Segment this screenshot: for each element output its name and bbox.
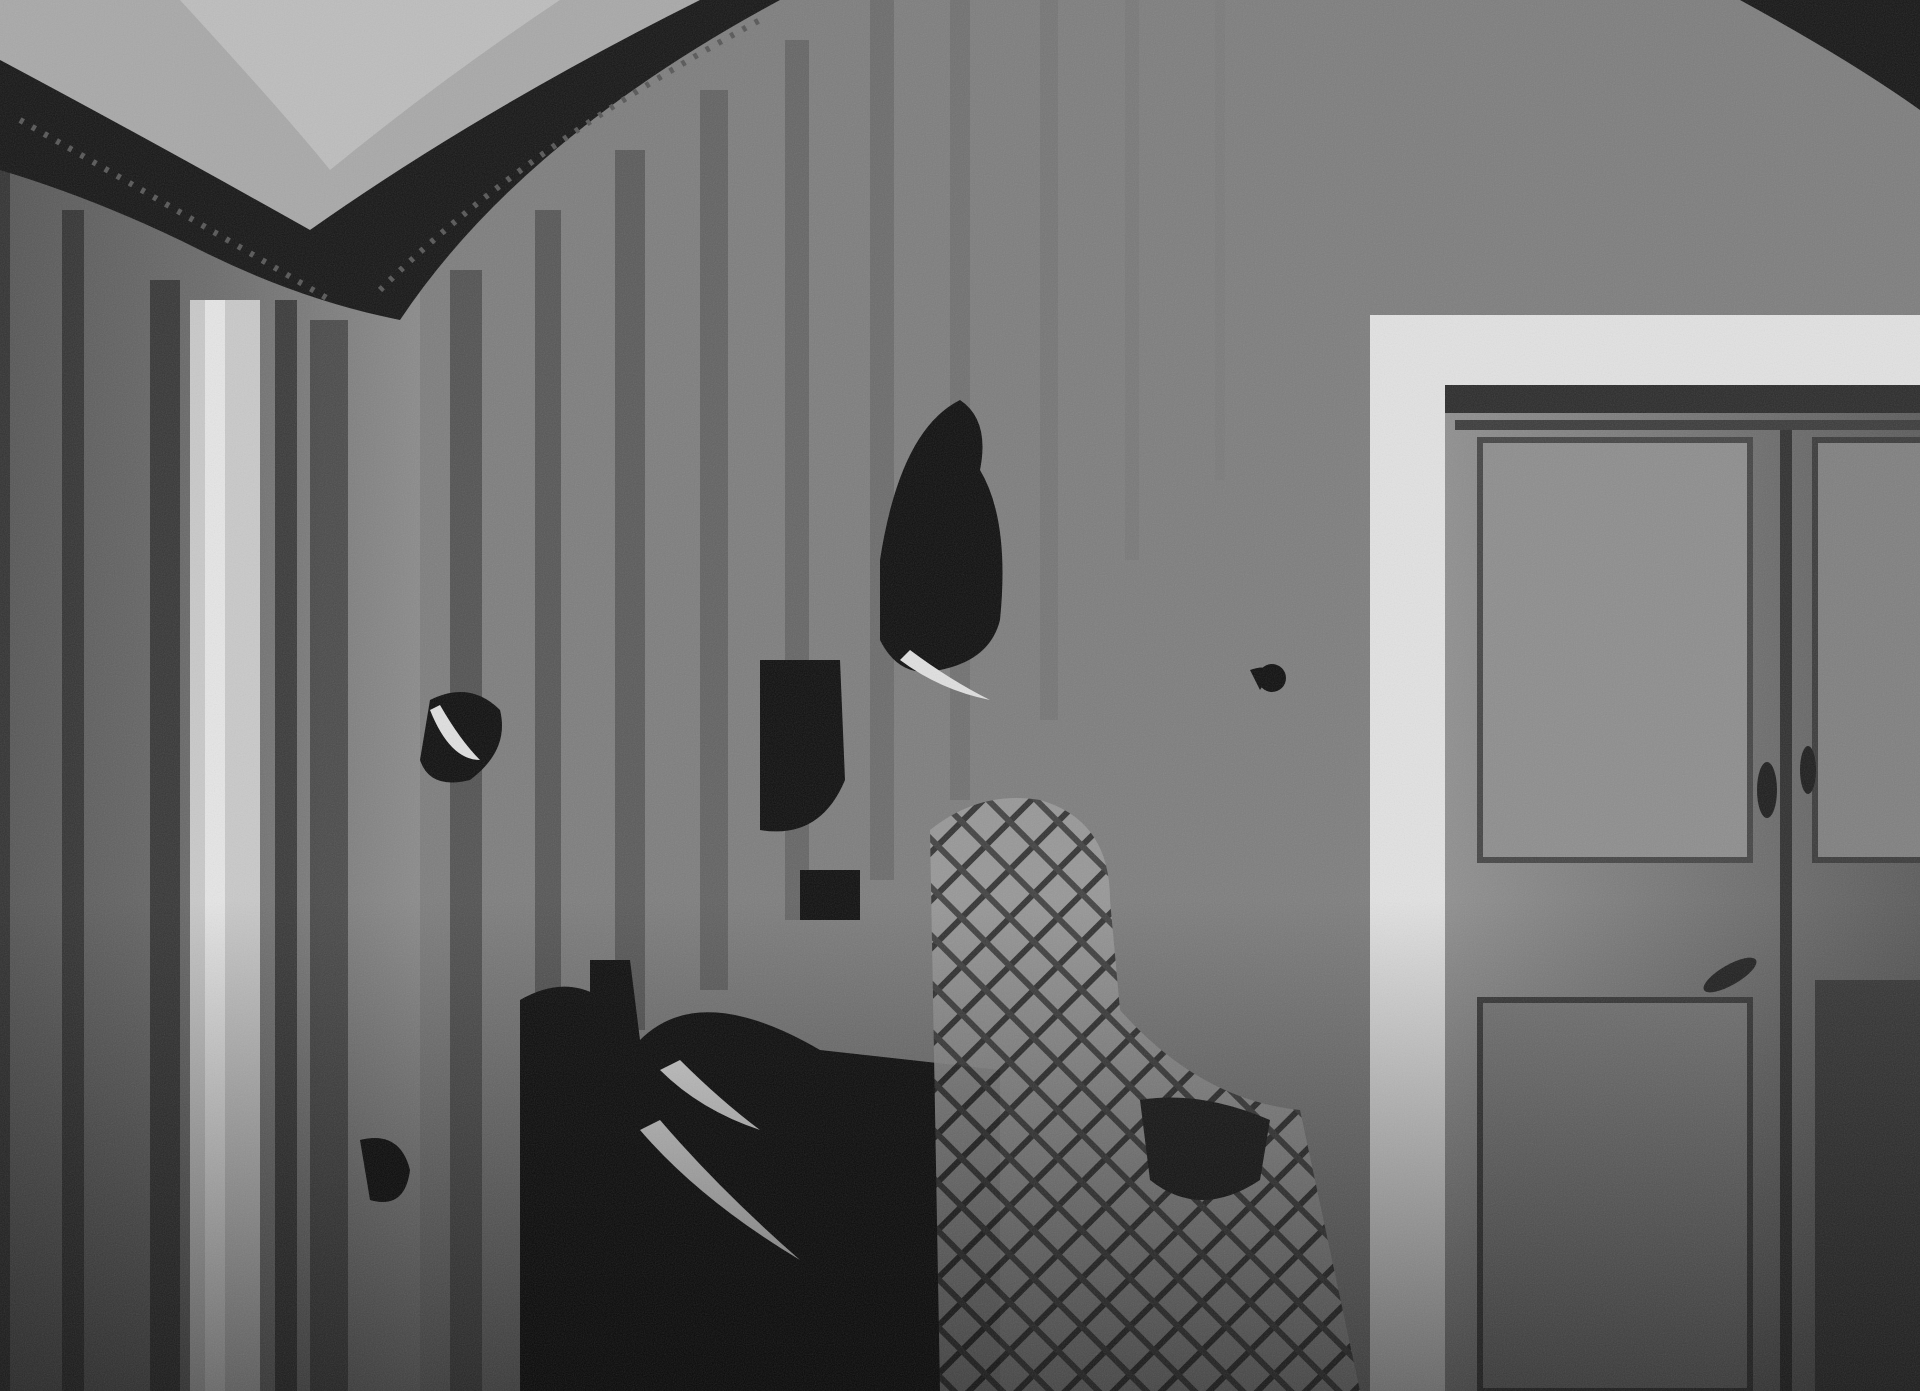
room-interior-photo — [0, 0, 1920, 1391]
photograph — [0, 0, 1920, 1391]
